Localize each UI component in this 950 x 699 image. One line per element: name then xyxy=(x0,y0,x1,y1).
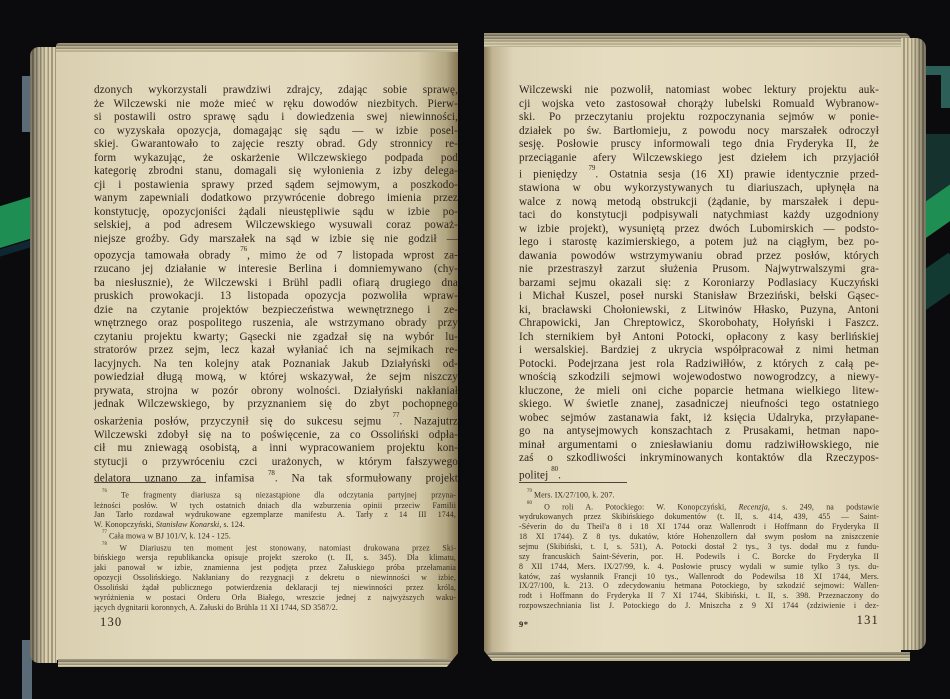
text-line: pruskich prowokacji. 13 listopada opozyc… xyxy=(94,290,458,304)
text-line: IX/27/100, k. 213. O zdecydowaniu hetman… xyxy=(519,581,879,591)
text-line: Ossoliński żądał publicznego potwierdzen… xyxy=(94,583,456,593)
text-line: walce z nową metodą obstrukcji (żądanie,… xyxy=(519,196,879,210)
text-line: lacyjnych. Na ten kolejny atak Poznaniak… xyxy=(94,358,458,372)
text-line: rzucano jej działanie w interesie Berlin… xyxy=(94,263,458,277)
text-line: Chrapowicki, Jan Chreptowicz, Skorobohat… xyxy=(519,317,879,331)
text-line: cji wojska veto zastosował chorąży lubel… xyxy=(519,98,879,112)
text-line: jaki panował w izbie, znamienna jest pod… xyxy=(94,563,456,573)
text-line: Jan Tarło rozdawał wydrukowane egzemplar… xyxy=(94,510,456,520)
text-line: rodt i Hoffmann do Fryderyka II 7 XI 174… xyxy=(519,591,879,601)
text-line: taci do konstytucji podpisywali natychmi… xyxy=(519,209,879,223)
text-line: Potocki. Podejrzana jest rola Radziwiłłó… xyxy=(519,358,879,372)
text-line: konstytucję, opozycjoniści żądali nieust… xyxy=(94,206,458,220)
text-line: si postawili ostro sprawę sądu i dowiedz… xyxy=(94,111,458,125)
text-line: 78 W Diariuszu ten moment jest stonowany… xyxy=(94,542,456,554)
left-page-bottom-edge xyxy=(58,659,458,667)
text-line: wydrukowanych przez Skibińskiego dokumen… xyxy=(519,512,879,522)
text-line: minał argumentami o zniesławianiu domu r… xyxy=(519,439,879,453)
text-line: i Michał Kuszel, poseł nurski Stanisław … xyxy=(519,290,879,304)
left-page-number: 130 xyxy=(100,615,122,630)
text-line: 18 XI 1744). Z 8 tys. dukatów, które Hoh… xyxy=(519,532,879,542)
text-line: rozpowszechniania list J. Potockiego do … xyxy=(519,601,879,611)
text-line: kluczone, że mieli oni ciche poparcie he… xyxy=(519,385,879,399)
text-line: jących dygnitarii koronnych, A. Załuski … xyxy=(94,603,456,613)
text-line: skiej. Gwarantowało to zajęcie reszty ob… xyxy=(94,138,458,152)
text-line: opozycja tamowała obrady 76, mimo że od … xyxy=(94,246,458,263)
text-line: i pieniędzy 79. Ostatnia sesja (16 XI) p… xyxy=(519,165,879,182)
text-line: dawania powodów wstrzymywaniu obrad prze… xyxy=(519,250,879,264)
left-page-footnotes: 76 Te fragmenty diariusza są niezastąpio… xyxy=(94,489,456,613)
signature-mark: 9* xyxy=(519,619,529,629)
text-line: ki, bracławski Chołoniewski, z Litwinów … xyxy=(519,304,879,318)
text-line: delatora uznano za infamisa 78. Na tak s… xyxy=(94,469,458,486)
text-line: cji i postawienia sprawy przed sądem sej… xyxy=(94,179,458,193)
text-line: Wilczewski zdobył się na to poświęcenie,… xyxy=(94,429,458,443)
text-line: że Wilczewski nie może mieć w ręku dowod… xyxy=(94,98,458,112)
text-line: wobec sejmów zastanawia fakt, iż księcia… xyxy=(519,412,879,426)
right-page-footnote-rule xyxy=(519,482,627,483)
text-line: -Séverin do du Theil'a 8 i 18 XI 1744 or… xyxy=(519,522,879,532)
text-line: skiego. W świetle znanej, zasadniczej ni… xyxy=(519,398,879,412)
text-line: W. Konopczyński, Stanisław Konarski, s. … xyxy=(94,520,456,530)
text-line: zaś o szkodliwości inkryminowanych konta… xyxy=(519,452,879,466)
text-line: co wyzyskała opozycja, domagając się sąd… xyxy=(94,125,458,139)
text-line: Ich sternikiem był Antoni Potocki, opłac… xyxy=(519,331,879,345)
text-line: 8 XII 1744, Mers. IX/27/99, k. 4. Posłow… xyxy=(519,562,879,572)
left-page-body-text: dzonych wykorzystali prawdziwi zdrajcy, … xyxy=(94,84,458,487)
text-line: i wersalskiej. Bardziej z ukrycia współp… xyxy=(519,344,879,358)
text-line: 79 Mers. IX/27/100, k. 207. xyxy=(519,489,879,501)
text-line: oskarżenia posłów, przyczynił się do suk… xyxy=(94,412,458,429)
text-line: ba niesłusznie), że Wilczewski i Brühl p… xyxy=(94,277,458,291)
text-line: sejmu (Skibiński, t. I, s. 531), A. Poto… xyxy=(519,542,879,552)
text-line: bińskiego wersja republikancka opisuje p… xyxy=(94,553,456,563)
text-line: Wilczewski nie pozwolił, natomiast wobec… xyxy=(519,84,879,98)
text-line: leżności posłów. W tych ostatnich dniach… xyxy=(94,501,456,511)
text-line: stawiona w obu wykorzystywanych tu diari… xyxy=(519,182,879,196)
text-line: 77 Cała mowa w BJ 101/V, k. 124 - 125. xyxy=(94,530,456,542)
right-page-top-edge xyxy=(484,33,910,48)
text-line: wyróżnienia w postaci Orderu Orła Białeg… xyxy=(94,593,456,603)
book-gutter-shadow xyxy=(446,636,498,668)
text-line: politej 80. xyxy=(519,466,879,483)
text-line: szy francuskich Saint-Séverin, por. H. P… xyxy=(519,552,879,562)
text-line: jednak Wilczewskiego, by przyznaniem się… xyxy=(94,398,458,412)
text-line: stratorów przez sejm, lecz kazał wyłania… xyxy=(94,344,458,358)
text-line: powiedział długą mową, w której wskazywa… xyxy=(94,371,458,385)
text-line: form wykazując, że oskarżenie Wilczewski… xyxy=(94,152,458,166)
right-page-body-text: Wilczewski nie pozwolił, natomiast wobec… xyxy=(519,84,879,483)
text-line: czytaniu projektu kwarty; Gąsecki nie zg… xyxy=(94,331,458,345)
text-line: ski. Po przeczytaniu projektu rozpoczyna… xyxy=(519,111,879,125)
right-page-bottom-edge xyxy=(486,652,910,661)
photo-background: { "colors": { "background": "#0b0b0d", "… xyxy=(0,0,950,699)
text-line: wnością szkodzili sejmowi wojewodostwo n… xyxy=(519,371,879,385)
right-page-footnotes: 79 Mers. IX/27/100, k. 207. 80 O roli A.… xyxy=(519,489,879,611)
text-line: barzami sejmu okazali się: z Koroniarzy … xyxy=(519,277,879,291)
text-line: stytucji o przywróceniu czci urażonych, … xyxy=(94,456,458,470)
text-line: go na antysejmowych konszachtach z Prusa… xyxy=(519,425,879,439)
text-line: kategorię zbrodni stanu, domagali się wy… xyxy=(94,165,458,179)
text-line: 76 Te fragmenty diariusza są niezastąpio… xyxy=(94,489,456,501)
text-line: wnętrznego oraz pospolitego ruszenia, al… xyxy=(94,317,458,331)
left-page-footnote-rule xyxy=(94,482,206,483)
text-line: 80 O roli A. Potockiego: W. Konopczyński… xyxy=(519,501,879,513)
right-page-number: 131 xyxy=(843,613,879,628)
left-page-fore-edge xyxy=(30,47,57,663)
background-shape-teal-bracket-right xyxy=(941,66,950,108)
text-line: dzonych wykorzystali prawdziwi zdrajcy, … xyxy=(94,84,458,98)
text-line: prywata, strojna w pozór obrony wolności… xyxy=(94,385,458,399)
text-line: przeciąganie afery Wilczewskiego jest dz… xyxy=(519,152,879,166)
text-line: wanym zapewniali dodatkowo przywrócenie … xyxy=(94,192,458,206)
text-line: działek po św. Bartłomieju, z powodu noc… xyxy=(519,125,879,139)
text-line: selskiej, a pod adresem Wilczewskiego wy… xyxy=(94,219,458,233)
text-line: niejsze groźby. Gdy marszałek na sąd w i… xyxy=(94,233,458,247)
text-line: opozycji Ossolińskiego. Nakłaniany do re… xyxy=(94,573,456,583)
text-line: lego i starostę kazimierskiego, a potem … xyxy=(519,236,879,250)
text-line: w izbie projekt), wysuniętą przez dwóch … xyxy=(519,223,879,237)
text-line: sesję. Posłowie pruscy informowali tego … xyxy=(519,138,879,152)
text-line: cił mu zniewagą osobistą, a inni wypraco… xyxy=(94,442,458,456)
right-page-fore-edge xyxy=(901,38,926,650)
text-line: nie przestraszył zarzut służenia Prusom.… xyxy=(519,263,879,277)
text-line: katów, zaś wysłannik Francji 10 tys., Wa… xyxy=(519,572,879,582)
text-line: dzie na czytanie projektów bezpieczeństw… xyxy=(94,304,458,318)
